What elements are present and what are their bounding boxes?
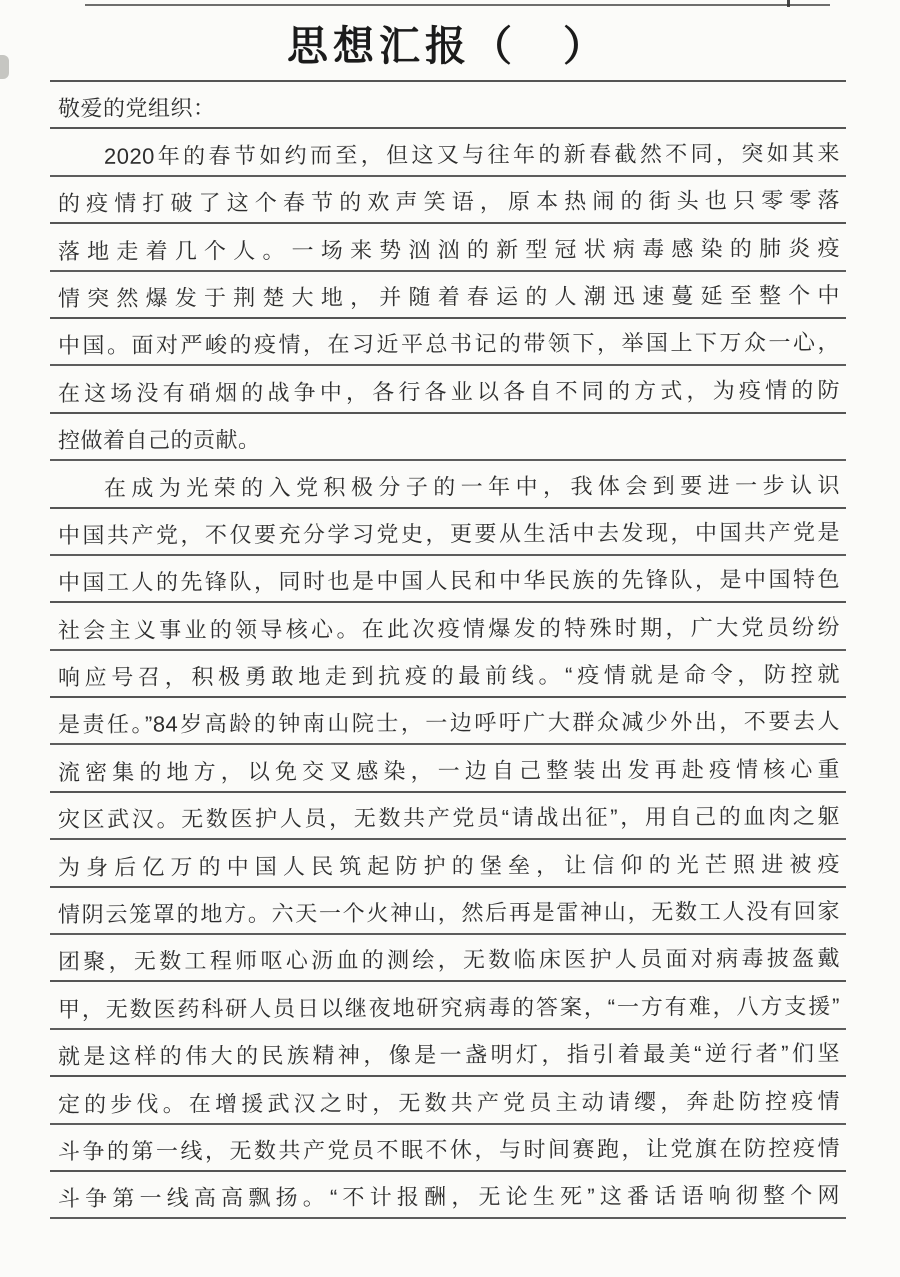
- handwritten-line: 社会主义事业的领导核心。在此次疫情爆发的特殊时期，广大党员纷纷: [50, 603, 846, 650]
- line-text: 情阴云笼罩的地方。六天一个火神山，然后再是雷神山，无数工人没有回家: [58, 899, 840, 928]
- line-text: 斗争第一线高高飘扬。“不计报酬，无论生死”这番话语响彻整个网: [58, 1183, 840, 1212]
- line-text: 落地走着几个人。一场来势汹汹的新型冠状病毒感染的肺炎疫: [58, 235, 840, 264]
- line-text: 响应号召，积极勇敢地走到抗疫的最前线。“疫情就是命令，防控就: [58, 662, 840, 691]
- line-text: 控做着自己的贡献。: [58, 425, 840, 454]
- line-text: 的疫情打破了这个春节的欢声笑语，原本热闹的街头也只零零落: [58, 188, 840, 217]
- handwritten-line: 中国工人的先锋队，同时也是中国人民和中华民族的先锋队，是中国特色: [50, 556, 846, 603]
- salutation-line: 敬爱的党组织：: [50, 82, 846, 129]
- handwritten-line: 为身后亿万的中国人民筑起防护的堡垒，让信仰的光芒照进被疫: [50, 840, 846, 887]
- handwritten-line: 在成为光荣的入党积极分子的一年中，我体会到要进一步认识: [50, 461, 846, 508]
- handwritten-line: 响应号召，积极勇敢地走到抗疫的最前线。“疫情就是命令，防控就: [50, 651, 846, 698]
- line-text: 情突然爆发于荆楚大地，并随着春运的人潮迅速蔓延至整个中: [58, 283, 840, 312]
- handwritten-line: 斗争的第一线，无数共产党员不眠不休，与时间赛跑，让党旗在防控疫情: [50, 1125, 846, 1172]
- line-text: 中国共产党，不仅要充分学习党史，更要从生活中去发现，中国共产党是: [58, 519, 840, 548]
- ruled-area: 思想汇报（ ） 敬爱的党组织： 2020年的春节如约而至，但这又与往年的新春截然…: [0, 4, 900, 1219]
- line-text: 就是这样的伟大的民族精神，像是一盏明灯，指引着最美“逆行者”们坚: [58, 1041, 840, 1070]
- handwritten-line: 中国共产党，不仅要充分学习党史，更要从生活中去发现，中国共产党是: [50, 509, 846, 556]
- handwritten-line: 团聚，无数工程师呕心沥血的测绘，无数临床医护人员面对病毒披盔戴: [50, 935, 846, 982]
- salutation: 敬爱的党组织：: [58, 93, 840, 122]
- handwritten-line: 中国。面对严峻的疫情，在习近平总书记的带领下，举国上下万众一心，: [50, 319, 846, 366]
- line-text: 甲，无数医药科研人员日以继夜地研究病毒的答案，“一方有难，八方支援”: [58, 993, 840, 1022]
- handwritten-line: 情突然爆发于荆楚大地，并随着春运的人潮迅速蔓延至整个中: [50, 272, 846, 319]
- line-text: 为身后亿万的中国人民筑起防护的堡垒，让信仰的光芒照进被疫: [58, 851, 840, 880]
- line-text: 中国工人的先锋队，同时也是中国人民和中华民族的先锋队，是中国特色: [58, 567, 840, 596]
- line-text: 灾区武汉。无数医护人员，无数共产党员“请战出征”，用自己的血肉之躯: [58, 804, 840, 833]
- handwritten-line: 是责任。”84岁高龄的钟南山院士，一边呼吁广大群众减少外出，不要去人: [50, 698, 846, 745]
- line-text: 流密集的地方，以免交叉感染，一边自己整装出发再赴疫情核心重: [58, 756, 840, 785]
- line-text: 社会主义事业的领导核心。在此次疫情爆发的特殊时期，广大党员纷纷: [58, 614, 840, 643]
- line-text: 2020年的春节如约而至，但这又与往年的新春截然不同，突如其来: [58, 140, 840, 169]
- handwritten-line: 就是这样的伟大的民族精神，像是一盏明灯，指引着最美“逆行者”们坚: [50, 1030, 846, 1077]
- line-text: 中国。面对严峻的疫情，在习近平总书记的带领下，举国上下万众一心，: [58, 330, 840, 359]
- line-text: 在成为光荣的入党积极分子的一年中，我体会到要进一步认识: [58, 472, 840, 501]
- handwritten-line: 甲，无数医药科研人员日以继夜地研究病毒的答案，“一方有难，八方支援”: [50, 982, 846, 1029]
- line-text: 是责任。”84岁高龄的钟南山院士，一边呼吁广大群众减少外出，不要去人: [58, 709, 840, 738]
- title-row: 思想汇报（ ）: [50, 4, 846, 82]
- handwritten-line: 落地走着几个人。一场来势汹汹的新型冠状病毒感染的肺炎疫: [50, 224, 846, 271]
- line-text: 团聚，无数工程师呕心沥血的测绘，无数临床医护人员面对病毒披盔戴: [58, 946, 840, 975]
- handwritten-line: 2020年的春节如约而至，但这又与往年的新春截然不同，突如其来: [50, 129, 846, 176]
- handwritten-line: 流密集的地方，以免交叉感染，一边自己整装出发再赴疫情核心重: [50, 745, 846, 792]
- handwritten-line: 定的步伐。在增援武汉之时，无数共产党员主动请缨，奔赴防控疫情: [50, 1077, 846, 1124]
- line-text: 在这场没有硝烟的战争中，各行各业以各自不同的方式，为疫情的防: [58, 377, 840, 406]
- handwritten-line: 灾区武汉。无数医护人员，无数共产党员“请战出征”，用自己的血肉之躯: [50, 793, 846, 840]
- handwritten-line: 情阴云笼罩的地方。六天一个火神山，然后再是雷神山，无数工人没有回家: [50, 888, 846, 935]
- document-title: 思想汇报（ ）: [287, 13, 609, 72]
- line-text: 斗争的第一线，无数共产党员不眠不休，与时间赛跑，让党旗在防控疫情: [58, 1136, 840, 1165]
- line-text: 定的步伐。在增援武汉之时，无数共产党员主动请缨，奔赴防控疫情: [58, 1088, 840, 1117]
- handwritten-line: 在这场没有硝烟的战争中，各行各业以各自不同的方式，为疫情的防: [50, 366, 846, 413]
- handwritten-line: 斗争第一线高高飘扬。“不计报酬，无论生死”这番话语响彻整个网: [50, 1172, 846, 1219]
- handwritten-line: 的疫情打破了这个春节的欢声笑语，原本热闹的街头也只零零落: [50, 177, 846, 224]
- handwritten-line: 控做着自己的贡献。: [50, 414, 846, 461]
- handwritten-report-page: 思想汇报（ ） 敬爱的党组织： 2020年的春节如约而至，但这又与往年的新春截然…: [0, 0, 900, 1277]
